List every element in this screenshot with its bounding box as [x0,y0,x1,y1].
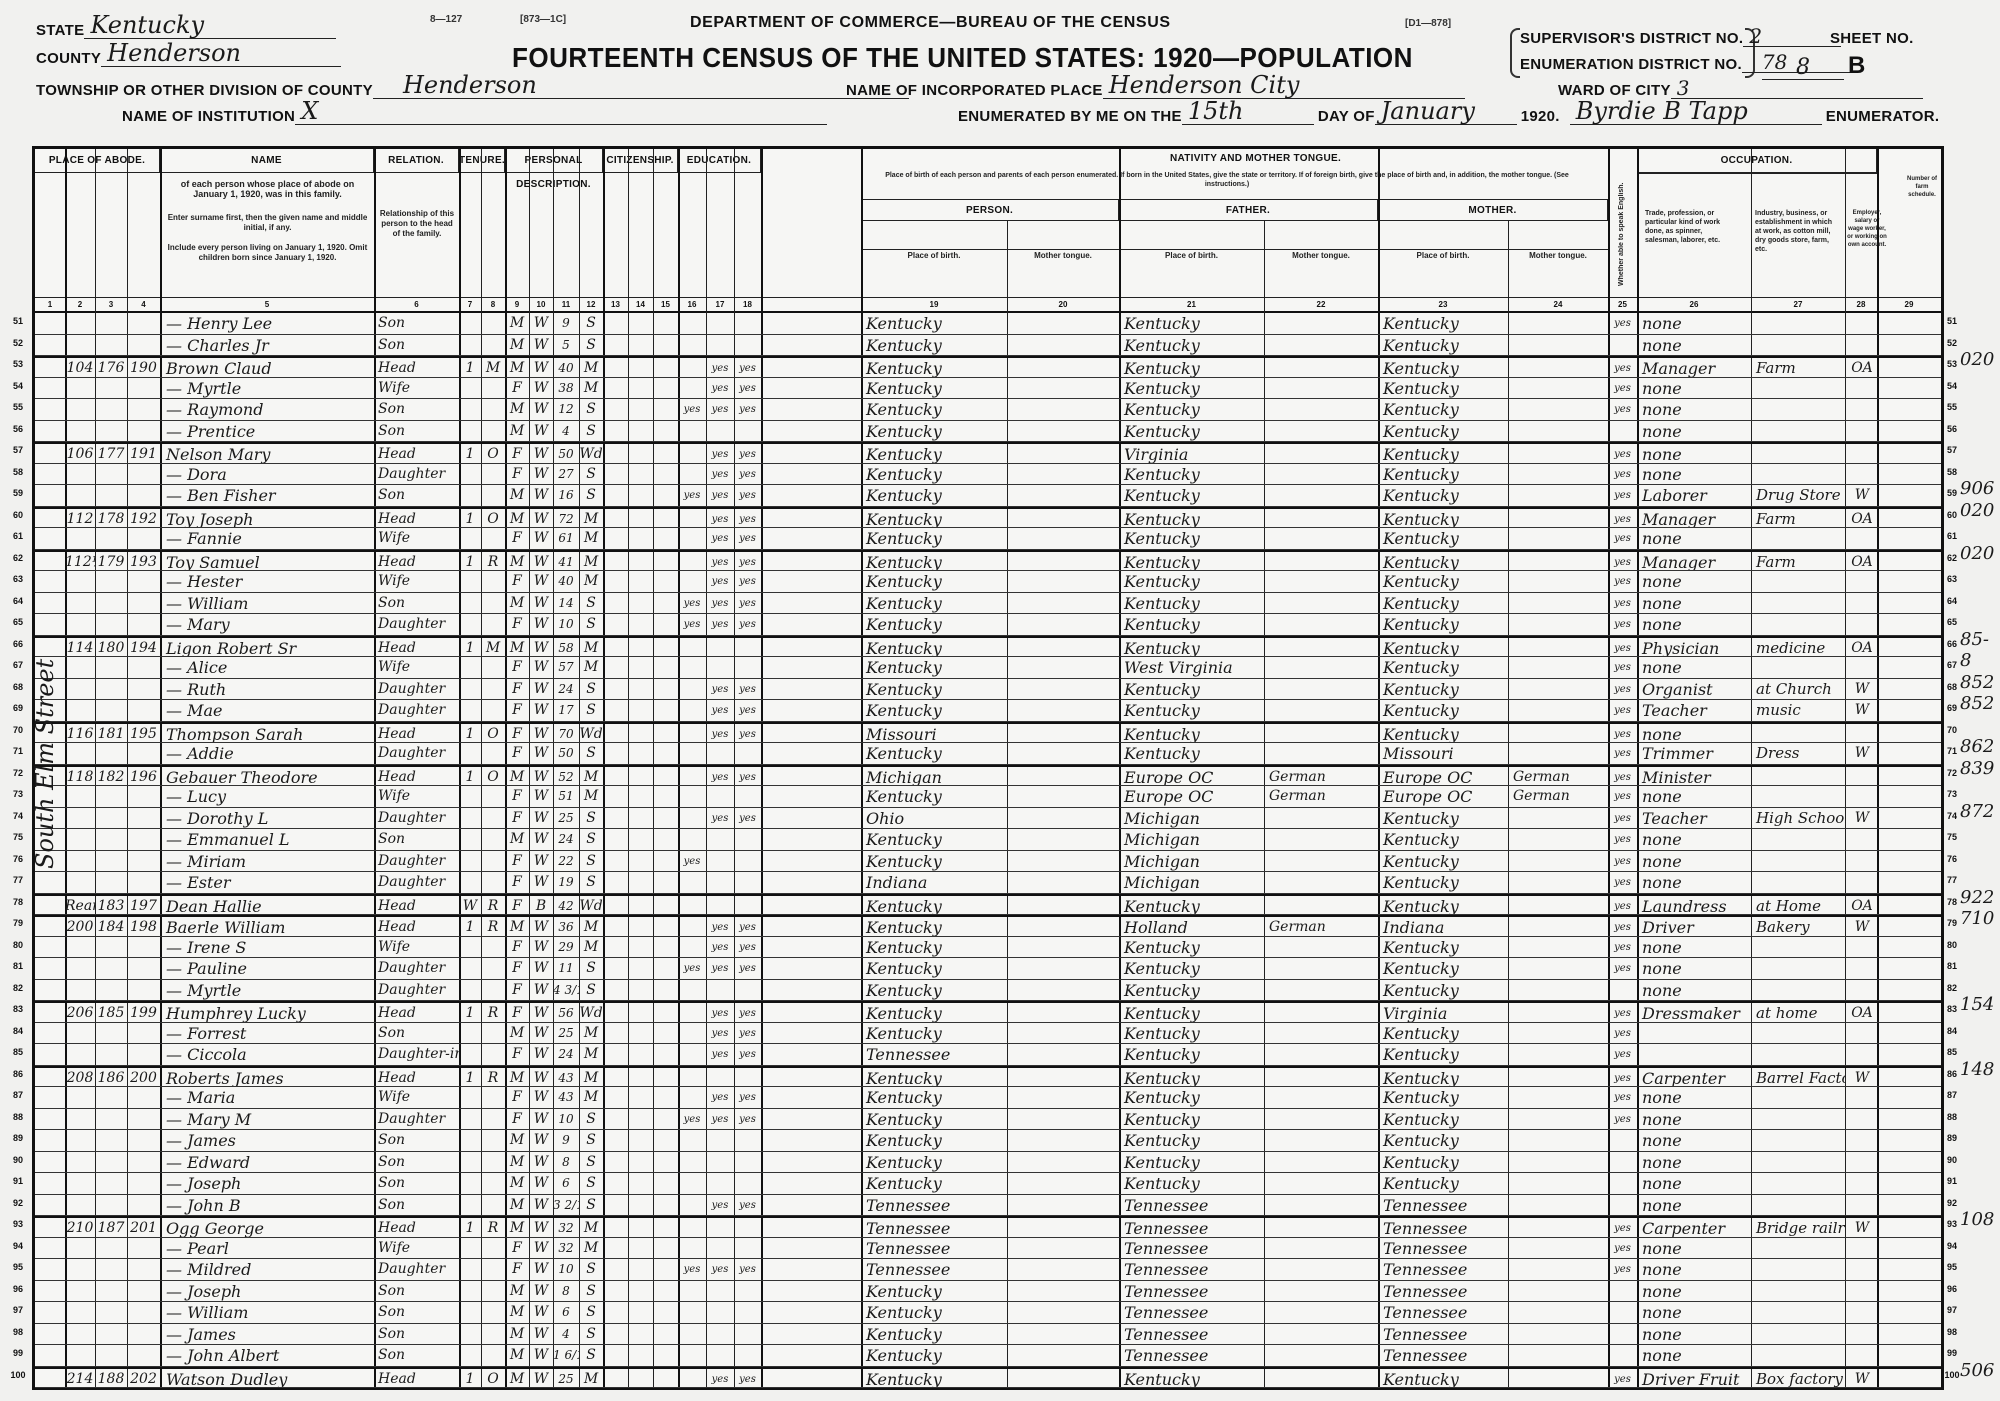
father-tongue-cell [1266,980,1378,1001]
family-number-cell [127,421,160,442]
birthplace-cell: Kentucky [863,571,1007,592]
house-number-cell: 200 [65,917,95,936]
home-owned-rented-cell: W [459,896,481,915]
mother-mother-tongue-header: Mother tongue. [1508,251,1608,261]
employer-header: Employer, salary or wage worker, or work… [1847,209,1887,249]
read-cell: yes [706,528,734,549]
father-tongue-cell [1266,552,1378,571]
home-owned-rented-cell: 1 [459,724,481,743]
sex-cell: F [505,378,529,399]
family-number-cell [127,485,160,506]
speak-english-cell: yes [1608,1369,1637,1388]
home-owned-rented-cell: 1 [459,1068,481,1087]
write-cell [734,1152,761,1173]
birthplace-cell: Kentucky [863,464,1007,485]
trade-cell: none [1639,1345,1751,1366]
relation-cell: Daughter [375,1109,459,1130]
dwelling-number-cell [95,657,127,678]
table-row: 214 188 202 Watson Dudley Head 1 O M W 2… [35,1367,1941,1389]
column-number: 17 [706,297,734,311]
employer-class-cell: W [1847,700,1877,721]
line-number: 52 [1942,338,1962,348]
employer-class-cell: OA [1847,896,1877,915]
enumeration-date-field: ENUMERATED BY ME ON THE 15th DAY OF Janu… [958,98,1939,125]
form-number-left: 8—127 [430,14,462,25]
marital-status-cell: S [579,1302,603,1323]
age-cell: 52 [553,767,579,786]
person-name-cell: — Pearl [163,1238,374,1259]
sex-cell: M [505,313,529,334]
mortgage-cell [481,872,505,893]
trade-cell: none [1639,444,1751,463]
line-number: 66 [1942,639,1962,649]
table-row: — Alice Wife F W 57 M Kentucky West Virg… [35,657,1941,679]
mother-tongue-cell [1510,378,1608,399]
trade-cell: none [1639,1281,1751,1302]
name-include-note: Include every person living on January 1… [165,243,370,263]
industry-cell: Farm [1753,358,1845,377]
attended-school-cell [678,1003,706,1022]
age-cell: 58 [553,638,579,657]
attended-school-cell [678,1130,706,1151]
table-row: — Addie Daughter F W 50 S Kentucky Kentu… [35,743,1941,765]
family-number-cell [127,528,160,549]
person-name-cell: — Lucy [163,786,374,807]
father-tongue-cell [1266,593,1378,614]
mortgage-cell [481,421,505,442]
home-owned-rented-cell [459,937,481,958]
industry-cell [1753,937,1845,958]
occupation-code-note: 922 [1960,887,1994,908]
institution-value: X [295,98,827,125]
family-number-cell [127,679,160,700]
trade-cell: none [1639,1109,1751,1130]
mother-tongue-cell [1510,1324,1608,1345]
race-cell: W [529,743,553,764]
relation-cell: Son [375,485,459,506]
sex-cell: F [505,679,529,700]
mother-birthplace-cell: Europe OC [1380,786,1508,807]
read-cell: yes [706,464,734,485]
line-number-left: 88 [8,1112,28,1122]
supervisor-district-field: SUPERVISOR'S DISTRICT NO. 2 [1520,26,1841,47]
race-cell: W [529,509,553,528]
marital-status-cell: Wd [579,896,603,915]
mortgage-cell [481,571,505,592]
read-cell: yes [706,700,734,721]
write-cell: yes [734,552,761,571]
house-number-cell [65,872,95,893]
family-number-cell [127,851,160,872]
trade-cell: Teacher [1639,700,1751,721]
family-number-cell [127,1044,160,1065]
read-cell: yes [706,767,734,786]
marital-status-cell: M [579,1218,603,1237]
race-cell: W [529,1369,553,1388]
column-number: 5 [160,297,374,311]
industry-cell: Bakery [1753,917,1845,936]
employer-class-cell [1847,767,1877,786]
sex-cell: M [505,638,529,657]
attended-school-cell: yes [678,399,706,420]
marital-status-cell: S [579,1173,603,1194]
employer-class-cell: OA [1847,1003,1877,1022]
father-birthplace-cell: Kentucky [1121,485,1264,506]
race-cell: W [529,1195,553,1216]
sex-cell: M [505,335,529,356]
column-number: 29 [1877,297,1941,311]
line-number: 88 [1942,1112,1962,1122]
relation-cell: Wife [375,937,459,958]
father-birthplace-cell: Tennessee [1121,1238,1264,1259]
group-relation: RELATION. [374,149,459,173]
trade-cell: none [1639,851,1751,872]
father-birthplace-cell: Michigan [1121,851,1264,872]
mother-tongue-cell [1510,872,1608,893]
employer-class-cell: W [1847,485,1877,506]
mother-birthplace-cell: Kentucky [1380,485,1508,506]
person-name-cell: Toy Joseph [163,509,374,528]
mother-tongue-cell [1510,421,1608,442]
attended-school-cell [678,980,706,1001]
line-number-left: 78 [8,897,28,907]
industry-cell [1753,829,1845,850]
mother-birthplace-cell: Kentucky [1380,421,1508,442]
relation-cell: Son [375,1130,459,1151]
line-number: 54 [1942,381,1962,391]
family-number-cell [127,1345,160,1366]
father-tongue-cell [1266,1345,1378,1366]
dwelling-number-cell [95,1044,127,1065]
person-mother-tongue-header: Mother tongue. [1007,251,1119,261]
employer-class-cell [1847,980,1877,1001]
line-number: 89 [1942,1133,1962,1143]
write-cell [734,1302,761,1323]
write-cell [734,1324,761,1345]
industry-cell [1753,851,1845,872]
home-owned-rented-cell [459,614,481,635]
dwelling-number-cell: 176 [95,358,127,377]
house-number-cell [65,1259,95,1280]
line-number: 75 [1942,832,1962,842]
write-cell [734,1173,761,1194]
industry-cell: at home [1753,1003,1845,1022]
family-number-cell: 202 [127,1369,160,1388]
write-cell: yes [734,1044,761,1065]
family-number-cell [127,1152,160,1173]
mother-tongue-cell [1510,724,1608,743]
trade-cell: Minister [1639,767,1751,786]
write-cell: yes [734,358,761,377]
mother-birthplace-cell: Tennessee [1380,1281,1508,1302]
occupation-code-note: 852 [1960,672,1994,693]
marital-status-cell: M [579,571,603,592]
house-number-cell [65,679,95,700]
father-tongue-cell [1266,1369,1378,1388]
birthplace-cell: Kentucky [863,335,1007,356]
speak-english-header: Whether able to speak English. [1612,175,1632,293]
birthplace-cell: Kentucky [863,851,1007,872]
read-cell [706,1281,734,1302]
institution-field: NAME OF INSTITUTION X [122,98,827,125]
line-number-left: 98 [8,1327,28,1337]
home-owned-rented-cell [459,378,481,399]
write-cell [734,421,761,442]
occupation-code-note: 506 [1960,1360,1994,1381]
write-cell: yes [734,679,761,700]
line-number-left: 99 [8,1348,28,1358]
marital-status-cell: M [579,937,603,958]
person-name-cell: — Prentice [163,421,374,442]
home-owned-rented-cell [459,700,481,721]
home-owned-rented-cell [459,1195,481,1216]
mother-birthplace-cell: Tennessee [1380,1259,1508,1280]
marital-status-cell: S [579,1109,603,1130]
race-cell: W [529,808,553,829]
column-number: 20 [1007,297,1119,311]
age-cell: 40 [553,571,579,592]
birthplace-cell: Ohio [863,808,1007,829]
house-number-cell [65,421,95,442]
mother-tongue-cell [1510,1130,1608,1151]
speak-english-cell: yes [1608,1109,1637,1130]
father-tongue-cell [1266,358,1378,377]
father-tongue-cell [1266,679,1378,700]
line-number: 81 [1942,961,1962,971]
sex-cell: M [505,1218,529,1237]
race-cell: W [529,335,553,356]
line-number-left: 64 [8,596,28,606]
family-number-cell [127,743,160,764]
dwelling-number-cell [95,313,127,334]
column-number: 4 [127,297,160,311]
speak-english-cell: yes [1608,552,1637,571]
race-cell: W [529,767,553,786]
father-birthplace-cell: Europe OC [1121,767,1264,786]
read-cell [706,980,734,1001]
line-number-left: 84 [8,1026,28,1036]
birthplace-cell: Kentucky [863,937,1007,958]
relation-cell: Wife [375,571,459,592]
family-number-cell [127,1087,160,1108]
read-cell: yes [706,808,734,829]
father-birthplace-cell: Tennessee [1121,1281,1264,1302]
attended-school-cell: yes [678,593,706,614]
employer-class-cell: OA [1847,509,1877,528]
relation-cell: Son [375,829,459,850]
home-owned-rented-cell [459,593,481,614]
person-name-cell: — Joseph [163,1173,374,1194]
person-name-cell: — Hester [163,571,374,592]
mortgage-cell [481,1195,505,1216]
attended-school-cell [678,1044,706,1065]
house-number-cell [65,1302,95,1323]
industry-cell [1753,1109,1845,1130]
county-label: COUNTY [36,50,101,67]
write-cell: yes [734,808,761,829]
attended-school-cell [678,724,706,743]
industry-cell [1753,313,1845,334]
family-number-cell [127,937,160,958]
father-birthplace-cell: Tennessee [1121,1218,1264,1237]
marital-status-cell: M [579,358,603,377]
dwelling-number-cell: 179 [95,552,127,571]
nativity-description: Place of birth of each person and parent… [867,171,1587,189]
line-number-left: 81 [8,961,28,971]
column-number: 16 [678,297,706,311]
race-cell: W [529,378,553,399]
line-number-left: 87 [8,1090,28,1100]
house-number-cell: 106 [65,444,95,463]
home-owned-rented-cell [459,1044,481,1065]
person-name-cell: — Fannie [163,528,374,549]
mother-tongue-cell [1510,552,1608,571]
dwelling-number-cell [95,528,127,549]
birthplace-cell: Kentucky [863,1369,1007,1388]
dwelling-number-cell [95,786,127,807]
column-number: 6 [374,297,459,311]
mortgage-cell [481,1302,505,1323]
enumerated-day: 15th [1182,98,1314,125]
district-brace-left [1510,28,1520,78]
table-row: — Dora Daughter F W 27 S yes yes Kentuck… [35,464,1941,486]
line-number: 55 [1942,402,1962,412]
person-name-cell: — Maria [163,1087,374,1108]
mother-birthplace-cell: Kentucky [1380,464,1508,485]
line-number: 87 [1942,1090,1962,1100]
write-cell [734,638,761,657]
trade-cell: none [1639,657,1751,678]
person-name-cell: — John Albert [163,1345,374,1366]
mortgage-cell [481,1238,505,1259]
speak-english-cell: yes [1608,528,1637,549]
house-number-cell: 206 [65,1003,95,1022]
mother-tongue-cell [1510,958,1608,979]
family-number-cell: 200 [127,1068,160,1087]
speak-english-cell: yes [1608,399,1637,420]
father-birthplace-cell: Michigan [1121,829,1264,850]
person-name-cell: — Ciccola [163,1044,374,1065]
relation-cell: Son [375,1152,459,1173]
sex-cell: M [505,829,529,850]
mortgage-cell [481,1173,505,1194]
father-tongue-cell [1266,958,1378,979]
dwelling-number-cell [95,1109,127,1130]
write-cell [734,829,761,850]
table-row: — Edward Son M W 8 S Kentucky Kentucky K… [35,1152,1941,1174]
speak-english-cell: yes [1608,1218,1637,1237]
employer-class-cell [1847,1345,1877,1366]
line-number: 58 [1942,467,1962,477]
mother-birthplace-cell: Kentucky [1380,958,1508,979]
mother-tongue-cell [1510,1259,1608,1280]
trade-cell: Physician [1639,638,1751,657]
relation-cell: Daughter [375,808,459,829]
mother-tongue-cell [1510,1152,1608,1173]
sex-cell: F [505,1044,529,1065]
mother-tongue-cell [1510,528,1608,549]
speak-english-cell: yes [1608,1044,1637,1065]
sex-cell: F [505,614,529,635]
employer-class-cell [1847,1152,1877,1173]
dwelling-number-cell [95,1302,127,1323]
mother-birthplace-cell: Kentucky [1380,1173,1508,1194]
industry-cell [1753,1023,1845,1044]
father-tongue-cell [1266,638,1378,657]
attended-school-cell [678,1345,706,1366]
relation-cell: Daughter [375,679,459,700]
dwelling-number-cell [95,1173,127,1194]
read-cell [706,1345,734,1366]
table-row: 200 184 198 Baerle William Head 1 R M W … [35,915,1941,937]
dwelling-number-cell [95,1130,127,1151]
mortgage-cell [481,1259,505,1280]
employer-class-cell [1847,786,1877,807]
mother-tongue-cell [1510,700,1608,721]
industry-cell [1753,593,1845,614]
age-cell: 9 [553,1130,579,1151]
table-row: — James Son M W 4 S Kentucky Tennessee T… [35,1324,1941,1346]
relation-cell: Son [375,335,459,356]
line-number: 85 [1942,1047,1962,1057]
sex-cell: M [505,1324,529,1345]
read-cell: yes [706,444,734,463]
father-tongue-cell: German [1266,786,1378,807]
line-number: 84 [1942,1026,1962,1036]
speak-english-cell: yes [1608,1238,1637,1259]
relation-cell: Son [375,421,459,442]
speak-english-cell: yes [1608,724,1637,743]
industry-cell [1753,1130,1845,1151]
relation-cell: Son [375,593,459,614]
birthplace-cell: Kentucky [863,743,1007,764]
speak-english-cell: yes [1608,786,1637,807]
table-row: — John B Son M W 3 2/12 S yes yes Tennes… [35,1195,1941,1217]
mother-birthplace-cell: Kentucky [1380,829,1508,850]
dwelling-number-cell [95,1345,127,1366]
employer-class-cell: W [1847,679,1877,700]
mother-tongue-cell [1510,829,1608,850]
read-cell: yes [706,485,734,506]
father-birthplace-cell: Kentucky [1121,1003,1264,1022]
line-number: 60 [1942,510,1962,520]
house-number-cell [65,1281,95,1302]
mortgage-cell: M [481,638,505,657]
relation-cell: Son [375,1302,459,1323]
father-birthplace-cell: Kentucky [1121,528,1264,549]
mother-birthplace-cell: Kentucky [1380,1369,1508,1388]
line-number-left: 92 [8,1198,28,1208]
dwelling-number-cell [95,399,127,420]
table-row: — Joseph Son M W 6 S Kentucky Kentucky K… [35,1173,1941,1195]
line-number-left: 86 [8,1069,28,1079]
speak-english-cell: yes [1608,808,1637,829]
father-birthplace-cell: Kentucky [1121,399,1264,420]
father-birthplace-cell: Kentucky [1121,1130,1264,1151]
age-cell: 4 [553,1324,579,1345]
attended-school-cell [678,1324,706,1345]
person-name-cell: — John B [163,1195,374,1216]
race-cell: W [529,1238,553,1259]
house-number-cell [65,1130,95,1151]
group-citizenship: CITIZENSHIP. [603,149,678,173]
person-name-cell: — Charles Jr [163,335,374,356]
trade-cell: none [1639,1130,1751,1151]
family-number-cell: 191 [127,444,160,463]
occupation-code-note: 154 [1960,994,1994,1015]
relation-cell: Daughter [375,464,459,485]
dwelling-number-cell [95,958,127,979]
